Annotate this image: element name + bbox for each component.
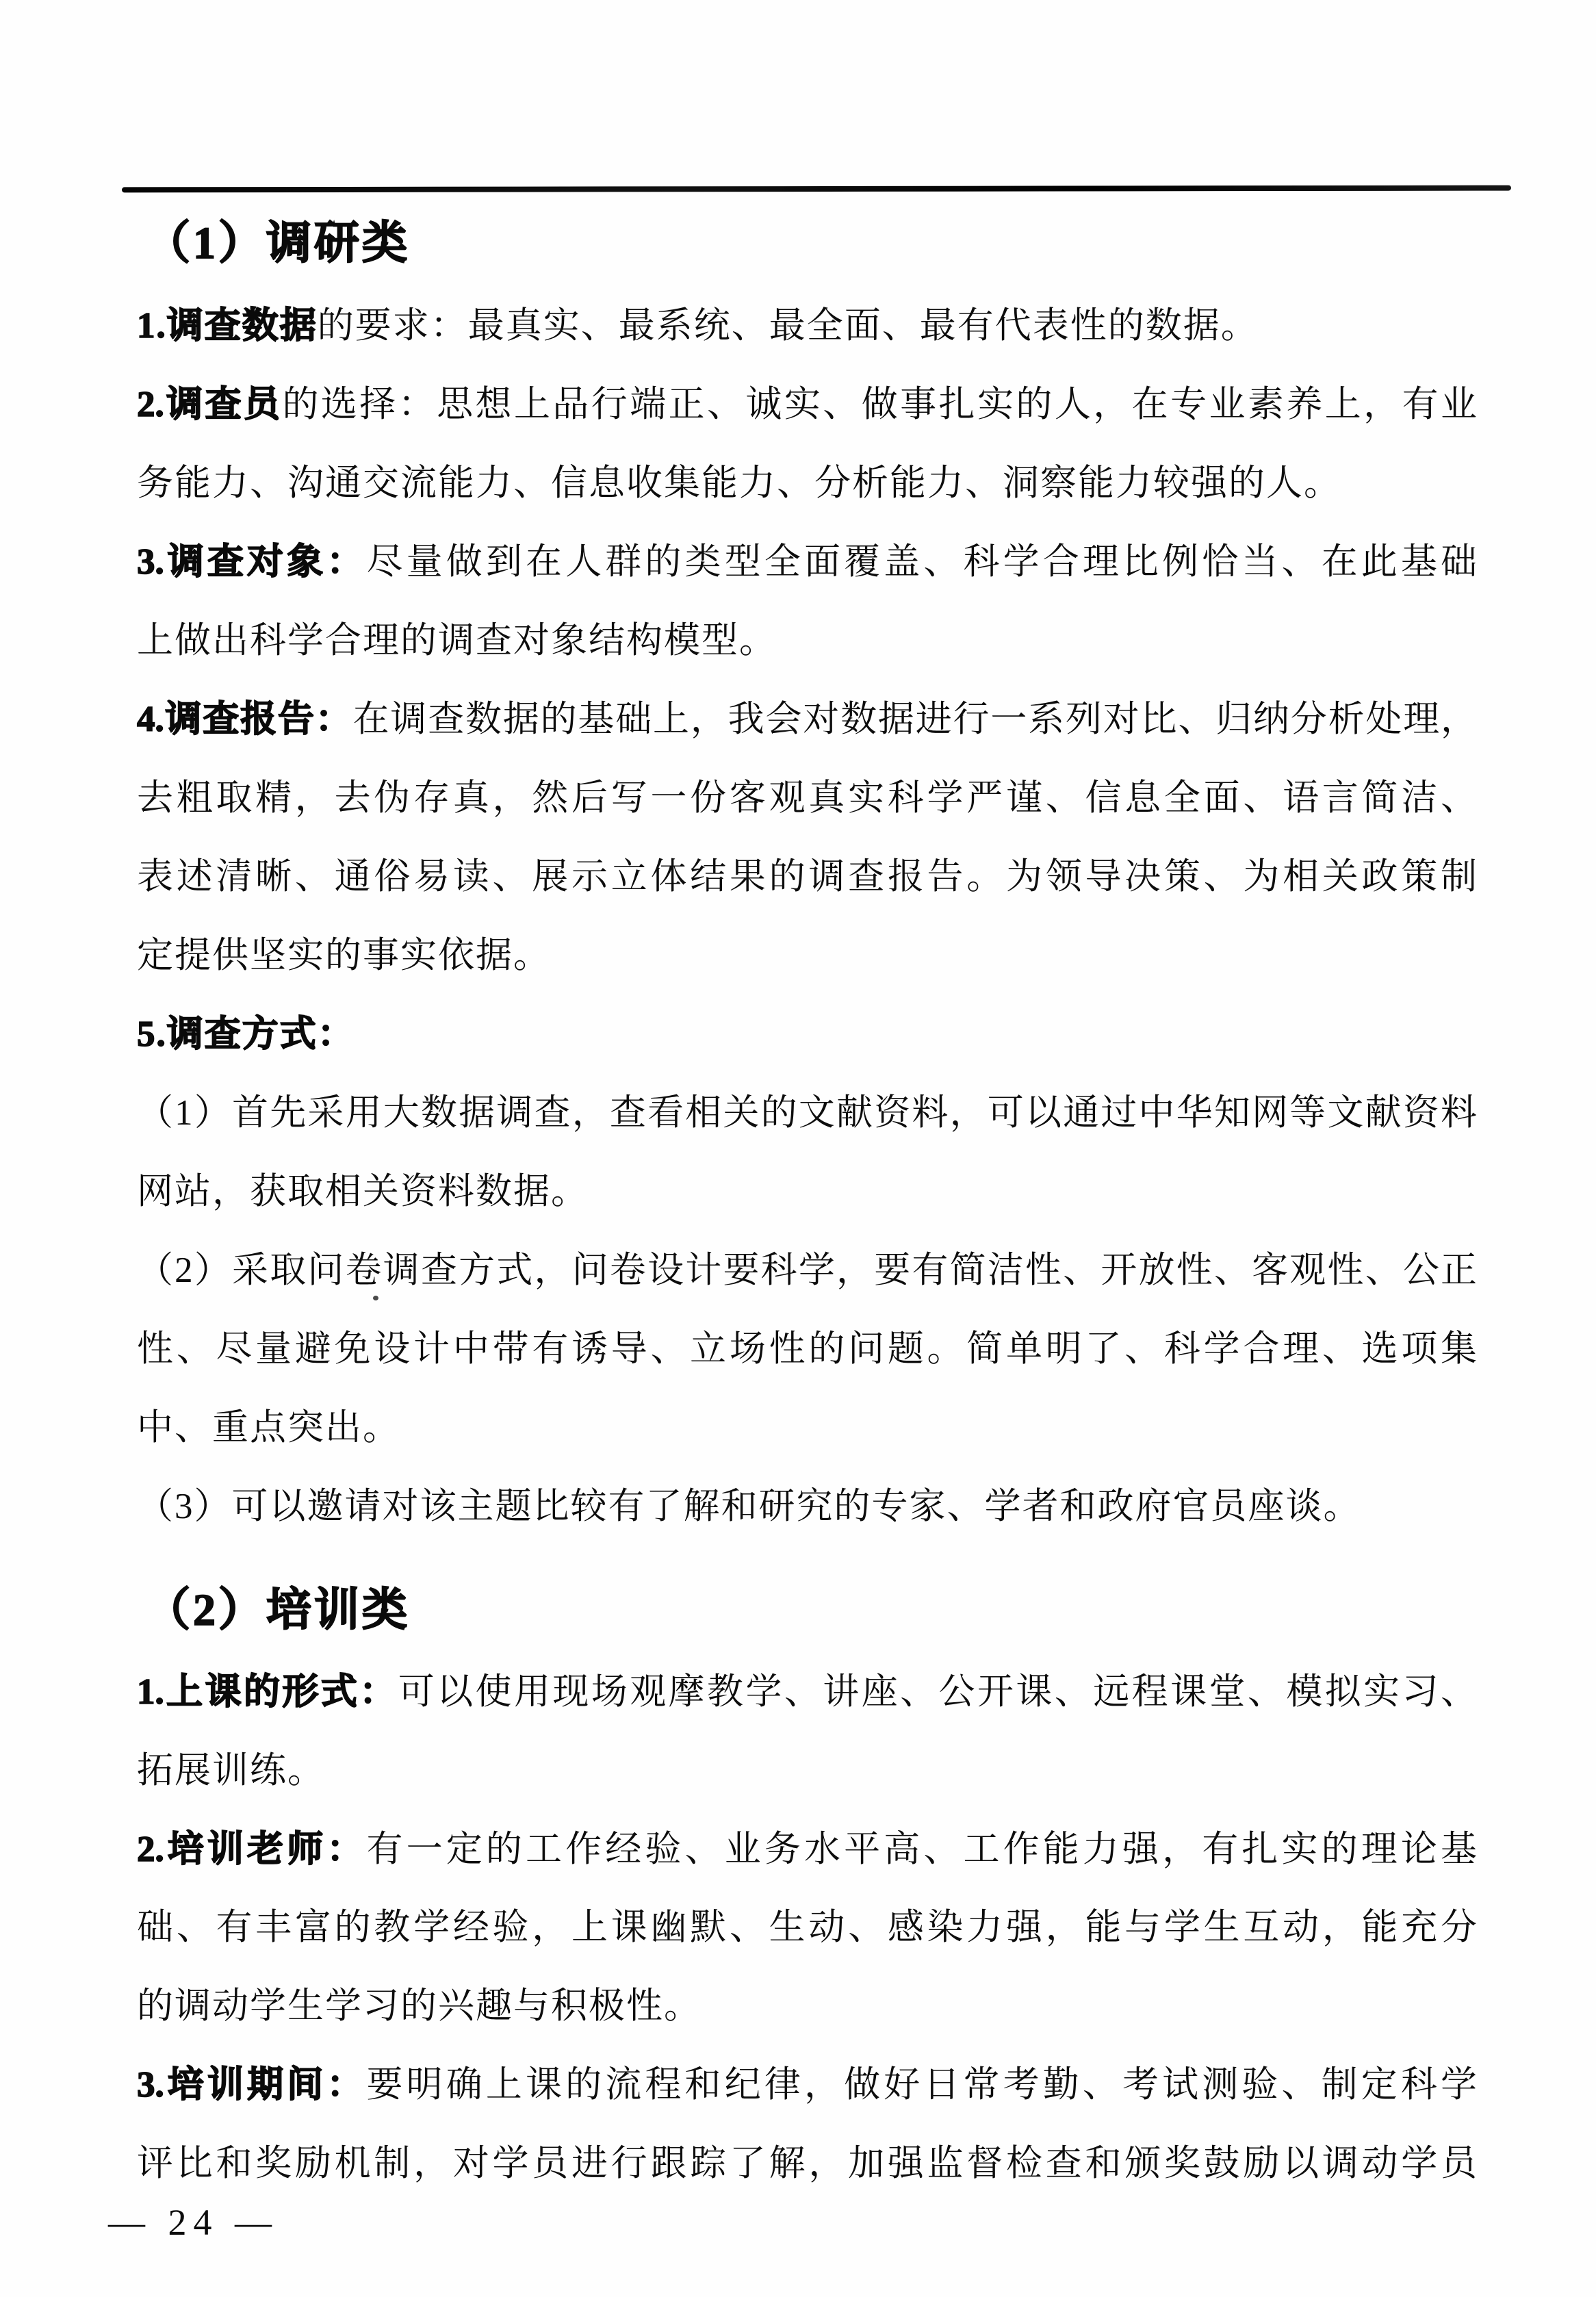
line-text: 去粗取精，去伪存真，然后写一份客观真实科学严谨、信息全面、语言简洁、 <box>137 778 1477 818</box>
line-label: 5.调查方式： <box>137 1014 355 1054</box>
text-line: 1.上课的形式：可以使用现场观摩教学、讲座、公开课、远程课堂、模拟实习、 <box>137 1652 1477 1732</box>
line-label: 1.上课的形式： <box>137 1672 398 1712</box>
line-text: 的调动学生学习的兴趣与积极性。 <box>137 1986 702 2026</box>
text-line: 1.调查数据的要求：最真实、最系统、最全面、最有代表性的数据。 <box>137 286 1477 365</box>
line-text: 务能力、沟通交流能力、信息收集能力、分析能力、洞察能力较强的人。 <box>137 463 1341 503</box>
text-line: （3）可以邀请对该主题比较有了解和研究的专家、学者和政府官员座谈。 <box>137 1467 1477 1546</box>
line-label: 3.培训期间： <box>137 2065 367 2105</box>
text-line: 拓展训练。 <box>137 1731 1477 1810</box>
line-label: 4.调查报告： <box>137 700 353 739</box>
text-line: 网站，获取相关资料数据。 <box>137 1152 1477 1231</box>
line-text: 的选择：思想上品行端正、诚实、做事扎实的人，在专业素养上，有业 <box>282 385 1477 424</box>
text-line: 2.培训老师：有一定的工作经验、业务水平高、工作能力强，有扎实的理论基 <box>137 1810 1477 1889</box>
text-line: 务能力、沟通交流能力、信息收集能力、分析能力、洞察能力较强的人。 <box>137 444 1477 523</box>
line-label: 2.调查员 <box>137 385 282 424</box>
line-text: （1）首先采用大数据调查，查看相关的文献资料，可以通过中华知网等文献资料 <box>137 1093 1477 1133</box>
text-line: 5.调查方式： <box>137 994 1477 1074</box>
line-text: 表述清晰、通俗易读、展示立体结果的调查报告。为领导决策、为相关政策制 <box>137 857 1477 897</box>
line-text: 拓展训练。 <box>137 1751 325 1791</box>
line-text: 在调查数据的基础上，我会对数据进行一系列对比、归纳分析处理， <box>353 700 1477 739</box>
ink-speck-artifact <box>373 1296 378 1300</box>
text-line: 2.调查员的选择：思想上品行端正、诚实、做事扎实的人，在专业素养上，有业 <box>137 365 1477 444</box>
text-line: 去粗取精，去伪存真，然后写一份客观真实科学严谨、信息全面、语言简洁、 <box>137 758 1477 838</box>
top-horizontal-rule <box>122 185 1511 193</box>
line-text: 可以使用现场观摩教学、讲座、公开课、远程课堂、模拟实习、 <box>398 1672 1477 1712</box>
line-text: 的要求：最真实、最系统、最全面、最有代表性的数据。 <box>318 306 1259 346</box>
line-text: 中、重点突出。 <box>137 1408 400 1448</box>
line-text: 上做出科学合理的调查对象结构模型。 <box>137 621 777 660</box>
line-label: 1.调查数据 <box>137 306 318 346</box>
text-line: 表述清晰、通俗易读、展示立体结果的调查报告。为领导决策、为相关政策制 <box>137 837 1477 916</box>
text-line: 3.调查对象：尽量做到在人群的类型全面覆盖、科学合理比例恰当、在此基础 <box>137 522 1477 602</box>
line-text: （3）可以邀请对该主题比较有了解和研究的专家、学者和政府官员座谈。 <box>137 1487 1361 1526</box>
line-text: 要明确上课的流程和纪律，做好日常考勤、考试测验、制定科学 <box>367 2065 1477 2105</box>
line-label: 3.调查对象： <box>137 542 367 582</box>
line-text: （2）采取问卷调查方式，问卷设计要科学，要有简洁性、开放性、客观性、公正 <box>137 1250 1477 1290</box>
text-line: （1）首先采用大数据调查，查看相关的文献资料，可以通过中华知网等文献资料 <box>137 1073 1477 1153</box>
line-text: 尽量做到在人群的类型全面覆盖、科学合理比例恰当、在此基础 <box>367 542 1477 582</box>
section-heading-1: （1）调研类 <box>145 216 1486 271</box>
text-line: （2）采取问卷调查方式，问卷设计要科学，要有简洁性、开放性、客观性、公正 <box>137 1231 1477 1310</box>
text-line: 4.调查报告：在调查数据的基础上，我会对数据进行一系列对比、归纳分析处理， <box>137 680 1477 759</box>
text-line: 定提供坚实的事实依据。 <box>137 916 1477 995</box>
section-heading-2: （2）培训类 <box>145 1583 1486 1638</box>
text-line: 础、有丰富的教学经验，上课幽默、生动、感染力强，能与学生互动，能充分 <box>137 1888 1477 1967</box>
text-line: 评比和奖励机制，对学员进行跟踪了解，加强监督检查和颁奖鼓励以调动学员 <box>137 2124 1477 2203</box>
line-text: 网站，获取相关资料数据。 <box>137 1172 589 1211</box>
line-text: 础、有丰富的教学经验，上课幽默、生动、感染力强，能与学生互动，能充分 <box>137 1908 1477 1947</box>
text-line: 3.培训期间：要明确上课的流程和纪律，做好日常考勤、考试测验、制定科学 <box>137 2045 1477 2125</box>
line-text: 定提供坚实的事实依据。 <box>137 936 551 975</box>
text-line: 中、重点突出。 <box>137 1388 1477 1467</box>
line-text: 有一定的工作经验、业务水平高、工作能力强，有扎实的理论基 <box>367 1830 1477 1869</box>
text-line: 性、尽量避免设计中带有诱导、立场性的问题。简单明了、科学合理、选项集 <box>137 1309 1477 1389</box>
text-line: 上做出科学合理的调查对象结构模型。 <box>137 601 1477 680</box>
line-label: 2.培训老师： <box>137 1830 367 1869</box>
line-text: 性、尽量避免设计中带有诱导、立场性的问题。简单明了、科学合理、选项集 <box>137 1329 1477 1369</box>
document-page: （1）调研类 1.调查数据的要求：最真实、最系统、最全面、最有代表性的数据。 2… <box>0 0 1596 2297</box>
page-number: — 24 — <box>108 2198 279 2246</box>
text-line: 的调动学生学习的兴趣与积极性。 <box>137 1966 1477 2046</box>
line-text: 评比和奖励机制，对学员进行跟踪了解，加强监督检查和颁奖鼓励以调动学员 <box>137 2144 1477 2183</box>
